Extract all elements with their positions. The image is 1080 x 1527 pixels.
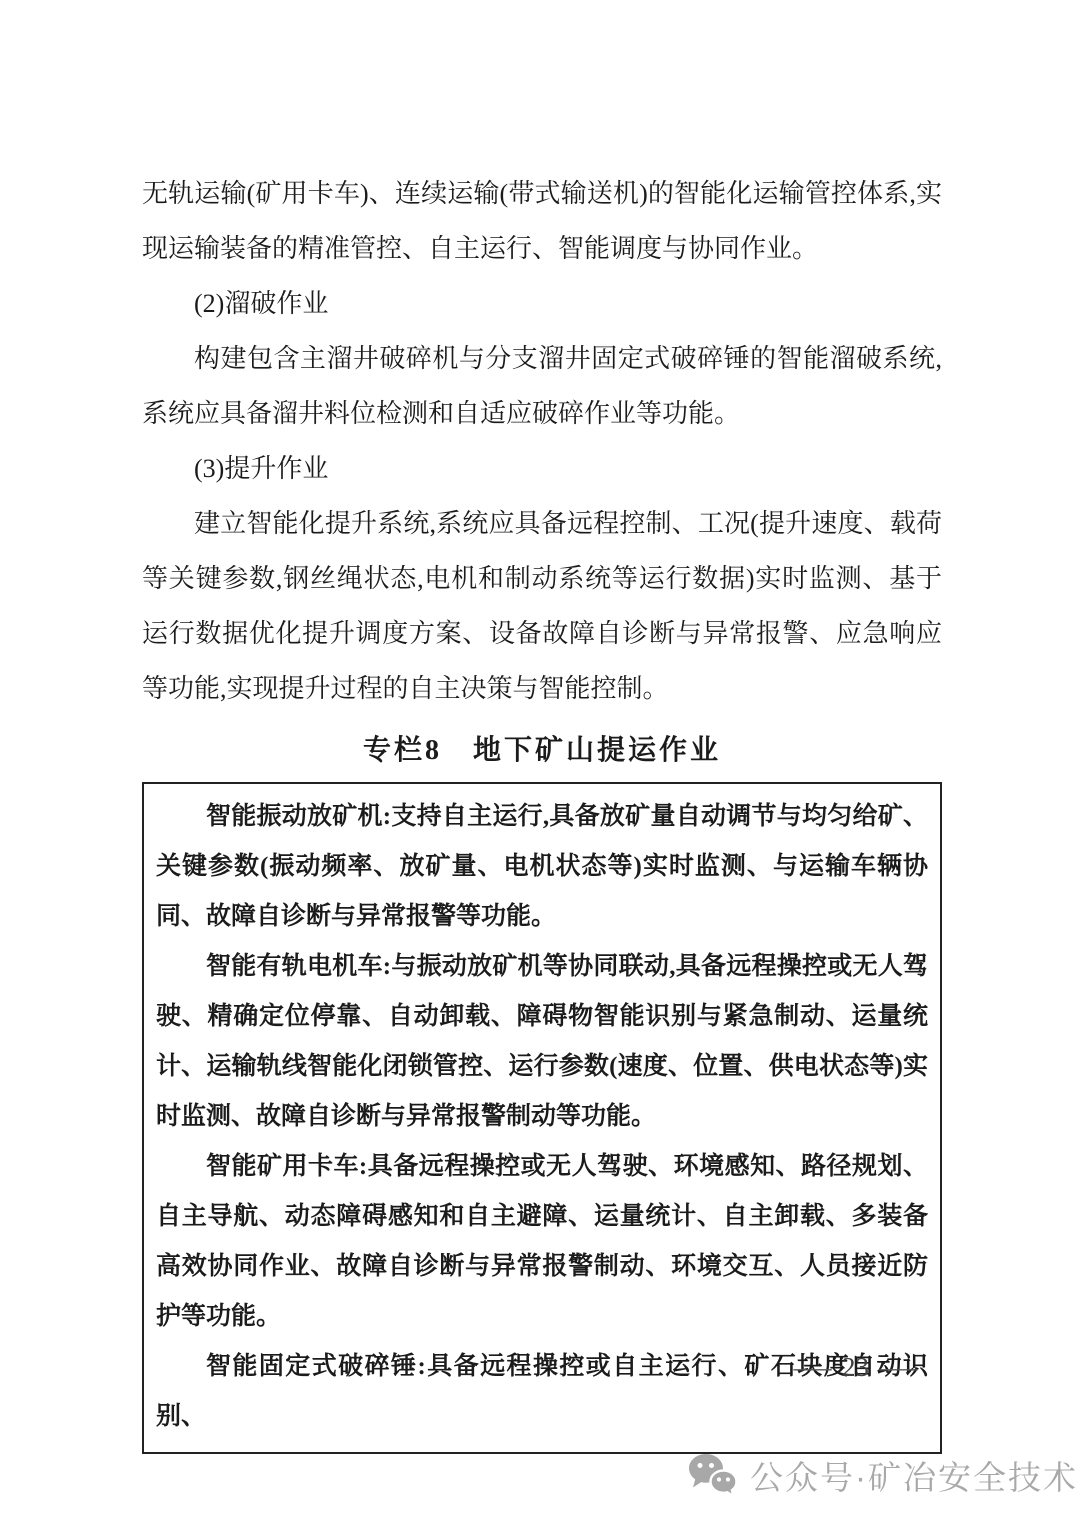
watermark: 公众号·矿冶安全技术 — [688, 1452, 1078, 1499]
page-number-dash-left: — — [794, 1352, 832, 1383]
page-content: 无轨运输(矿用卡车)、连续运输(带式输送机)的智能化运输管控体系,实现运输装备的… — [142, 166, 942, 1454]
paragraph: (3)提升作业 — [142, 441, 942, 496]
page-number-value: 23 — [842, 1352, 869, 1383]
paragraph: 智能有轨电机车:与振动放矿机等协同联动,具备远程操控或无人驾驶、精确定位停靠、自… — [156, 942, 928, 1142]
body-text: 无轨运输(矿用卡车)、连续运输(带式输送机)的智能化运输管控体系,实现运输装备的… — [142, 166, 942, 716]
paragraph: 智能振动放矿机:支持自主运行,具备放矿量自动调节与均匀给矿、关键参数(振动频率、… — [156, 792, 928, 942]
watermark-text: 公众号·矿冶安全技术 — [750, 1452, 1078, 1499]
paragraph: 智能矿用卡车:具备远程操控或无人驾驶、环境感知、路径规划、自主导航、动态障碍感知… — [156, 1142, 928, 1342]
page-number: — 23 — — [799, 1352, 912, 1383]
wechat-icon — [688, 1453, 738, 1499]
box-title: 专栏8 地下矿山提运作业 — [142, 732, 942, 770]
paragraph: 无轨运输(矿用卡车)、连续运输(带式输送机)的智能化运输管控体系,实现运输装备的… — [142, 166, 942, 276]
paragraph: 构建包含主溜井破碎机与分支溜井固定式破碎锤的智能溜破系统,系统应具备溜井料位检测… — [142, 331, 942, 441]
paragraph: 建立智能化提升系统,系统应具备远程控制、工况(提升速度、载荷等关键参数,钢丝绳状… — [142, 496, 942, 716]
paragraph: (2)溜破作业 — [142, 276, 942, 331]
page-number-dash-right: — — [880, 1352, 918, 1383]
